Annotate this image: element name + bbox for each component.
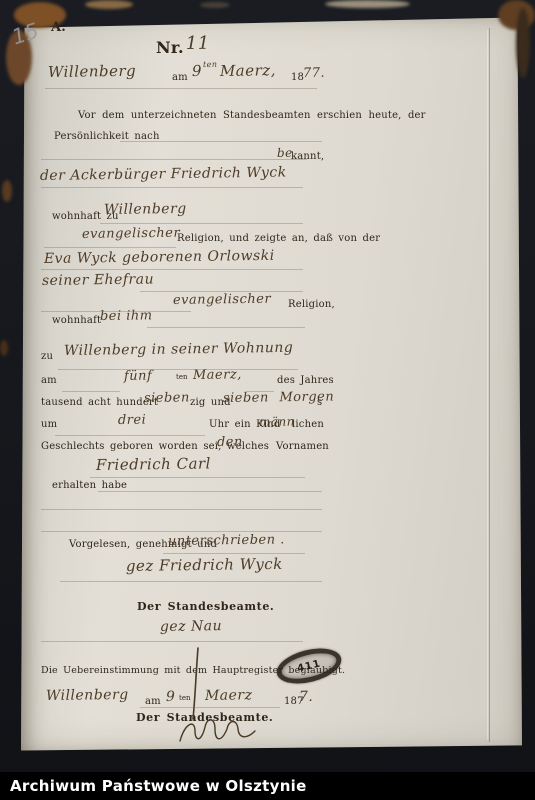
- rule-line: [147, 327, 305, 328]
- rule-line: [100, 223, 303, 224]
- declarant-signature: gez Friedrich Wyck: [126, 555, 283, 575]
- archive-stamp-number: 411: [296, 658, 322, 674]
- year-intro: des Jahres: [277, 375, 334, 386]
- year-print1: tausend acht hundert: [41, 397, 158, 408]
- form-letter-a: A.: [51, 20, 66, 35]
- rule-line: [41, 531, 322, 532]
- rule-line: [140, 707, 280, 708]
- header-day-suffix: ten: [203, 60, 218, 69]
- closing-hand: unterschrieben .: [168, 532, 285, 549]
- year-print3: s: [317, 397, 322, 408]
- intro-line: Vor dem unterzeichneten Standesbeamten e…: [78, 110, 426, 121]
- archive-footer-bar: Archiwum Państwowe w Olsztynie: [0, 772, 535, 800]
- registrar-signature: gez Nau: [160, 618, 222, 635]
- religion2-hand: evangelischer: [173, 292, 271, 308]
- rule-line: [120, 141, 322, 142]
- registrar-signature-flourish: [165, 645, 265, 750]
- known-print: kannt,: [291, 151, 324, 162]
- header-am: am: [172, 72, 188, 83]
- rule-line: [90, 477, 305, 478]
- rule-line: [41, 641, 303, 642]
- birthplace-value: Willenberg in seiner Wohnung: [64, 340, 294, 359]
- rule-line: [41, 159, 307, 160]
- mother-name: Eva Wyck geborenen Orlowski: [44, 248, 275, 267]
- rule-line: [41, 509, 322, 510]
- time-um: um: [41, 419, 57, 430]
- birthplace-label: zu: [41, 351, 53, 362]
- rule-line: [45, 88, 317, 89]
- rule-line: [41, 269, 303, 270]
- birth-am: am: [41, 375, 57, 386]
- rule-line: [41, 187, 303, 188]
- child-name: Friedrich Carl: [96, 454, 211, 474]
- birth-day-suffix: ten: [176, 373, 187, 381]
- gender-hand: männ: [259, 414, 295, 429]
- rule-line: [140, 291, 303, 292]
- record-number-value: 11: [186, 33, 210, 54]
- damage-patch: [200, 2, 230, 8]
- rule-line: [44, 247, 176, 248]
- received-line: erhalten habe: [52, 480, 127, 491]
- header-month: Maerz,: [220, 61, 276, 80]
- header-place: Willenberg: [48, 62, 137, 81]
- record-number-label: Nr.: [156, 38, 184, 57]
- archive-name: Archiwum Państwowe w Olsztynie: [10, 772, 307, 800]
- vornamen-label: Vornamen: [276, 441, 329, 452]
- header-year-hand: 77.: [303, 66, 325, 81]
- damage-patch: [2, 180, 12, 202]
- cert-place: Willenberg: [46, 687, 129, 704]
- scanned-register-page: 15 A. Nr. 11 Willenberg am 9 ten Maerz, …: [0, 0, 535, 800]
- rule-line: [62, 391, 120, 392]
- religion1-print: Religion, und zeigte an, daß von der: [177, 233, 380, 244]
- rule-line: [60, 581, 322, 582]
- damage-patch: [516, 8, 530, 78]
- year-hand1: sieben: [144, 390, 190, 406]
- page-edge-highlight: [487, 30, 488, 740]
- rule-line: [163, 553, 305, 554]
- rule-line: [58, 369, 298, 370]
- gender-print: lichen: [292, 419, 324, 430]
- rule-line: [98, 491, 322, 492]
- birth-day: fünf: [124, 369, 153, 384]
- damage-patch: [85, 0, 133, 9]
- header-day: 9: [192, 62, 202, 80]
- rule-line: [246, 391, 274, 392]
- damage-patch: [325, 0, 410, 8]
- religion2-print: Religion,: [288, 299, 335, 310]
- registrar-title: Der Standesbeamte.: [137, 600, 274, 613]
- article-hand: den: [217, 435, 243, 450]
- cert-year-hand: 7.: [299, 689, 314, 705]
- damage-patch: [0, 340, 8, 356]
- rule-line: [41, 311, 191, 312]
- mother-relation: seiner Ehefrau: [42, 271, 154, 289]
- religion1-hand: evangelischer: [82, 226, 180, 242]
- residence-value: Willenberg: [104, 201, 187, 218]
- page-edge-line: [489, 28, 490, 742]
- residence2-label: wohnhaft: [52, 315, 101, 326]
- time-hand: drei: [118, 413, 147, 428]
- rule-line: [55, 435, 205, 436]
- cert-am: am: [145, 696, 161, 707]
